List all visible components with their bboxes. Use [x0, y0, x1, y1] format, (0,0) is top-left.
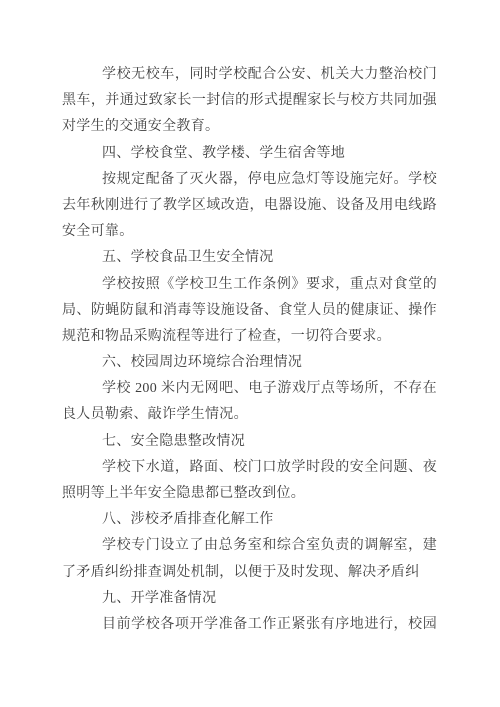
text-line: 安全可靠。	[62, 219, 437, 245]
text-line: 了矛盾纠纷排查调处机制，以便于及时发现、解决矛盾纠纷。	[62, 560, 437, 586]
text-line: 局、防蝇防鼠和消毒等设施设备、食堂人员的健康证、操作	[62, 298, 437, 324]
text-line: 规范和物品采购流程等进行了检查，一切符合要求。	[62, 324, 437, 350]
paragraph-hazard-rectification: 学校下水道，路面、校门口放学时段的安全问题、夜晚 照明等上半年安全隐患都已整改到…	[62, 455, 437, 507]
text-line: 学校 200 米内无网吧、电子游戏厅点等场所，不存在人	[62, 376, 437, 402]
heading-line: 七、安全隐患整改情况	[62, 429, 437, 455]
document-page: 学校无校车，同时学校配合公安、机关大力整治校门口 黑车，并通过致家长一封信的形式…	[0, 0, 500, 707]
text-line: 学校下水道，路面、校门口放学时段的安全问题、夜晚	[62, 455, 437, 481]
text-line: 目前学校各项开学准备工作正紧张有序地进行，校园环	[62, 612, 437, 638]
heading-line: 六、校园周边环境综合治理情况	[62, 350, 437, 376]
heading-section-7: 七、安全隐患整改情况	[62, 429, 437, 455]
heading-line: 八、涉校矛盾排查化解工作	[62, 507, 437, 533]
text-line: 学校专门设立了由总务室和综合室负责的调解室，建立	[62, 533, 437, 559]
heading-section-8: 八、涉校矛盾排查化解工作	[62, 507, 437, 533]
paragraph-fire-safety: 按规定配备了灭火器，停电应急灯等设施完好。学校于 去年秋刚进行了教学区域改造，电…	[62, 167, 437, 246]
paragraph-semester-preparation: 目前学校各项开学准备工作正紧张有序地进行，校园环	[62, 612, 437, 638]
text-line: 学校无校车，同时学校配合公安、机关大力整治校门口	[62, 62, 437, 88]
paragraph-surroundings: 学校 200 米内无网吧、电子游戏厅点等场所，不存在人 良人员勒索、敲诈学生情况…	[62, 376, 437, 428]
text-line: 黑车，并通过致家长一封信的形式提醒家长与校方共同加强	[62, 88, 437, 114]
paragraph-traffic-safety: 学校无校车，同时学校配合公安、机关大力整治校门口 黑车，并通过致家长一封信的形式…	[62, 62, 437, 141]
heading-line: 九、开学准备情况	[62, 586, 437, 612]
text-line: 良人员勒索、敲诈学生情况。	[62, 402, 437, 428]
heading-section-4: 四、学校食堂、教学楼、学生宿舍等地	[62, 141, 437, 167]
text-line: 去年秋刚进行了教学区域改造，电器设施、设备及用电线路	[62, 193, 437, 219]
text-line: 照明等上半年安全隐患都已整改到位。	[62, 481, 437, 507]
heading-section-6: 六、校园周边环境综合治理情况	[62, 350, 437, 376]
text-line: 对学生的交通安全教育。	[62, 114, 437, 140]
paragraph-dispute-mediation: 学校专门设立了由总务室和综合室负责的调解室，建立 了矛盾纠纷排查调处机制，以便于…	[62, 533, 437, 585]
heading-section-9: 九、开学准备情况	[62, 586, 437, 612]
paragraph-food-hygiene: 学校按照《学校卫生工作条例》要求，重点对食堂的布 局、防蝇防鼠和消毒等设施设备、…	[62, 272, 437, 351]
heading-line: 五、学校食品卫生安全情况	[62, 245, 437, 271]
text-line: 学校按照《学校卫生工作条例》要求，重点对食堂的布	[62, 272, 437, 298]
heading-line: 四、学校食堂、教学楼、学生宿舍等地	[62, 141, 437, 167]
text-line: 按规定配备了灭火器，停电应急灯等设施完好。学校于	[62, 167, 437, 193]
heading-section-5: 五、学校食品卫生安全情况	[62, 245, 437, 271]
